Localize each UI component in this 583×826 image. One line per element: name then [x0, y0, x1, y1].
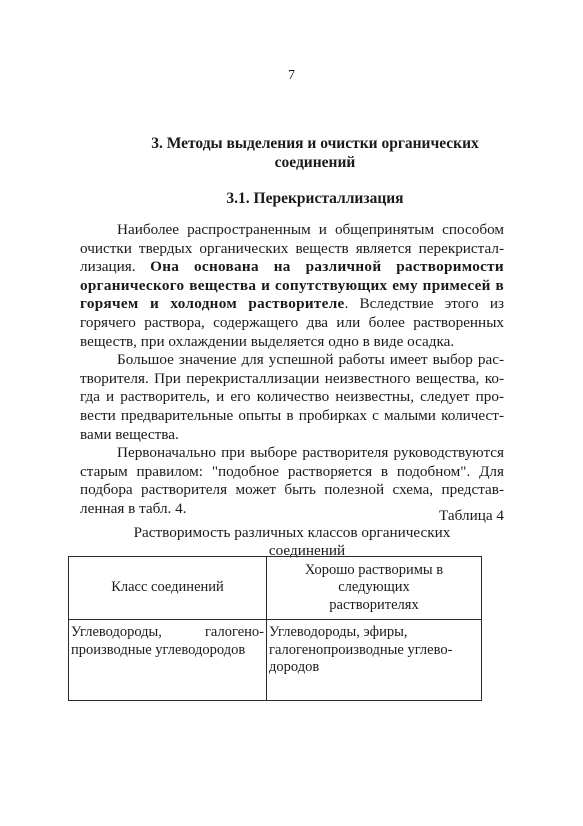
cell-solvents: Углеводороды, эфиры, галогенопроизводные…	[267, 620, 482, 701]
header-solvents-text: Хорошо растворимы в следующих растворите…	[269, 562, 479, 615]
body-text: Наиболее распространенным и общепринятым…	[80, 221, 504, 519]
solubility-table: Класс соединений Хорошо растворимы в сле…	[68, 556, 482, 701]
section-title: 3.1. Перекристаллизация	[120, 189, 510, 208]
cell-compound-class: Углеводороды, галогено- производные угле…	[69, 620, 267, 701]
paragraph-1: Наиболее распространенным и общепринятым…	[80, 221, 504, 351]
page-number: 7	[0, 68, 583, 84]
cell-class-part1: Углеводороды,	[71, 624, 162, 642]
cell-class-line2: производные углеводородов	[71, 642, 264, 660]
chapter-title: 3. Методы выделения и очистки органическ…	[120, 134, 510, 172]
header-compound-class: Класс соединений	[69, 557, 267, 620]
table-header-row: Класс соединений Хорошо растворимы в сле…	[69, 557, 482, 620]
table-caption: Растворимость различных классов органиче…	[80, 524, 504, 559]
chapter-title-line1: 3. Методы выделения и очистки органическ…	[120, 134, 510, 153]
header-solvents: Хорошо растворимы в следующих растворите…	[267, 557, 482, 620]
cell-class-part2: галогено-	[205, 624, 264, 642]
chapter-title-line2: соединений	[120, 153, 510, 172]
paragraph-2: Большое значение для успешной работы име…	[80, 351, 504, 444]
table-label: Таблица 4	[80, 507, 504, 526]
table-caption-line1: Растворимость различных классов органиче…	[134, 524, 451, 541]
table-row: Углеводороды, галогено- производные угле…	[69, 620, 482, 701]
cell-class-line1: Углеводороды, галогено-	[71, 624, 264, 642]
